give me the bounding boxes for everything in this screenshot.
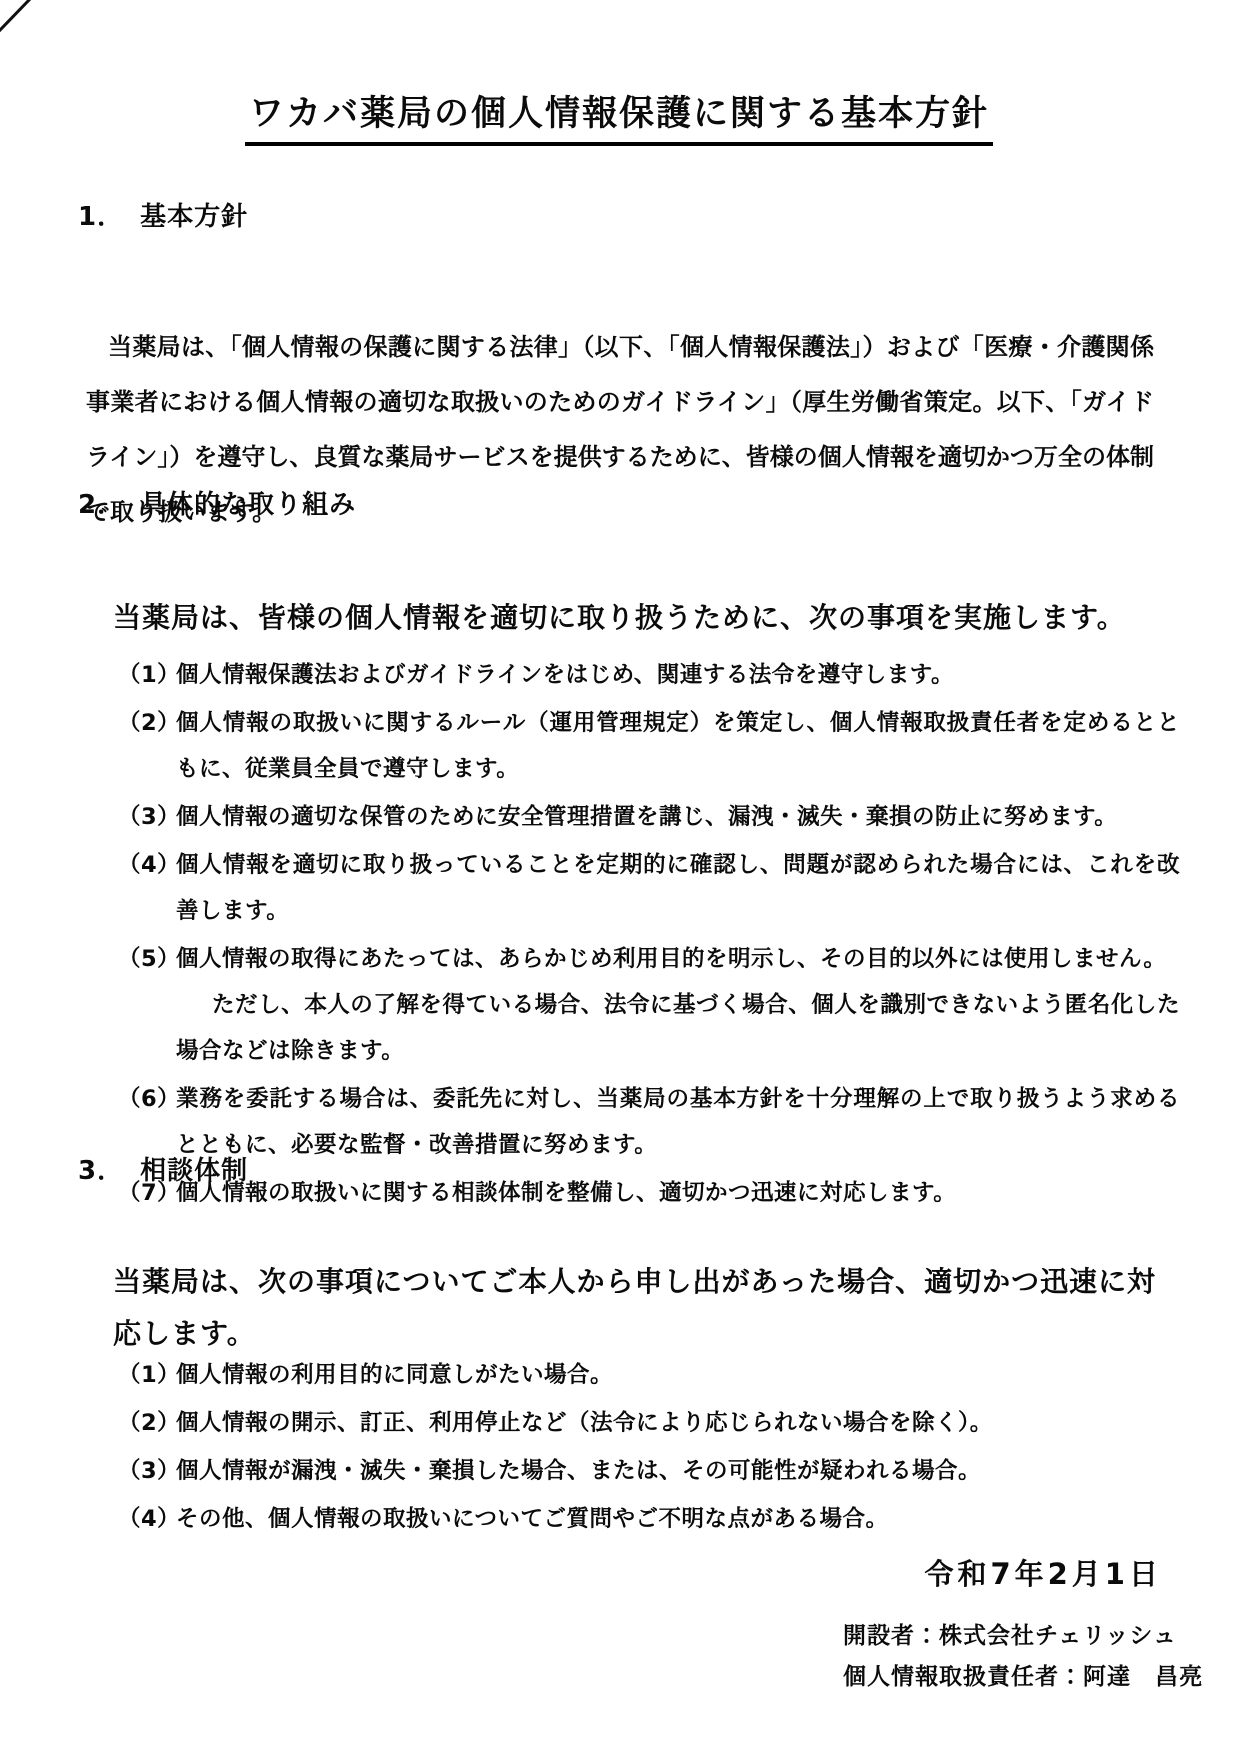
item-text: 個人情報の適切な保管のために安全管理措置を講じ、漏洩・滅失・棄損の防止に努めます… <box>176 804 1117 830</box>
item-text: 個人情報の取扱いに関する相談体制を整備し、適切かつ迅速に対応します。 <box>176 1180 956 1206</box>
list-item: （1） 個人情報の利用目的に同意しがたい場合。 <box>118 1352 1180 1398</box>
item-number: （4） <box>118 842 180 888</box>
item-number: （6） <box>118 1076 180 1122</box>
item-text: 個人情報が漏洩・滅失・棄損した場合、または、その可能性が疑われる場合。 <box>176 1458 981 1484</box>
list-item: （5） 個人情報の取得にあたっては、あらかじめ利用目的を明示し、その目的以外には… <box>118 936 1180 1074</box>
section-2-heading: 2．具体的な取り組み <box>78 484 356 521</box>
scan-artifact <box>0 0 35 33</box>
page-title: ワカバ薬局の個人情報保護に関する基本方針 <box>0 86 1238 146</box>
measures-list: （1） 個人情報保護法およびガイドラインをはじめ、関連する法令を遵守します。 （… <box>118 652 1180 1218</box>
document-signoff: 開設者：株式会社チェリッシュ 個人情報取扱責任者：阿達 昌亮 <box>843 1616 1203 1698</box>
section-2-number: 2． <box>78 490 124 520</box>
section-3-lead: 当薬局は、次の事項についてご本人から申し出があった場合、適切かつ迅速に対応します… <box>113 1256 1158 1360</box>
item-text: 個人情報の取得にあたっては、あらかじめ利用目的を明示し、その目的以外には使用しま… <box>176 946 1166 972</box>
item-number: （3） <box>118 794 180 840</box>
document-date: 令和7年2月1日 <box>924 1552 1162 1593</box>
item-number: （2） <box>118 700 180 746</box>
list-item: （6） 業務を委託する場合は、委託先に対し、当薬局の基本方針を十分理解の上で取り… <box>118 1076 1180 1168</box>
privacy-officer-line: 個人情報取扱責任者：阿達 昌亮 <box>843 1657 1203 1698</box>
item-number: （1） <box>118 1352 180 1398</box>
item-text: その他、個人情報の取扱いについてご質問やご不明な点がある場合。 <box>176 1506 889 1532</box>
item-text: 個人情報保護法およびガイドラインをはじめ、関連する法令を遵守します。 <box>176 662 954 688</box>
section-3-number: 3． <box>78 1156 124 1186</box>
list-item: （1） 個人情報保護法およびガイドラインをはじめ、関連する法令を遵守します。 <box>118 652 1180 698</box>
item-number: （2） <box>118 1400 180 1446</box>
item-text: 個人情報の利用目的に同意しがたい場合。 <box>176 1362 613 1388</box>
item-number: （4） <box>118 1496 180 1542</box>
consultation-list: （1） 個人情報の利用目的に同意しがたい場合。 （2） 個人情報の開示、訂正、利… <box>118 1352 1180 1544</box>
item-number: （1） <box>118 652 180 698</box>
section-1-heading: 1．基本方針 <box>78 196 248 233</box>
section-2-label: 具体的な取り組み <box>140 490 356 520</box>
document-page: ワカバ薬局の個人情報保護に関する基本方針 1．基本方針 当薬局は、「個人情報の保… <box>0 0 1238 1748</box>
item-text: 業務を委託する場合は、委託先に対し、当薬局の基本方針を十分理解の上で取り扱うよう… <box>176 1086 1180 1158</box>
item-number: （5） <box>118 936 180 982</box>
item-text: 個人情報の開示、訂正、利用停止など（法令により応じられない場合を除く）。 <box>176 1410 993 1436</box>
founder-line: 開設者：株式会社チェリッシュ <box>843 1616 1203 1657</box>
section-1-number: 1． <box>78 202 124 232</box>
list-item: （3） 個人情報の適切な保管のために安全管理措置を講じ、漏洩・滅失・棄損の防止に… <box>118 794 1180 840</box>
item-number: （3） <box>118 1448 180 1494</box>
item-text: 個人情報を適切に取り扱っていることを定期的に確認し、問題が認められた場合には、こ… <box>176 852 1180 924</box>
list-item: （2） 個人情報の開示、訂正、利用停止など（法令により応じられない場合を除く）。 <box>118 1400 1180 1446</box>
list-item: （4） その他、個人情報の取扱いについてご質問やご不明な点がある場合。 <box>118 1496 1180 1542</box>
item-note: ただし、本人の了解を得ている場合、法令に基づく場合、個人を識別できないよう匿名化… <box>176 982 1180 1074</box>
list-item: （2） 個人情報の取扱いに関するルール（運用管理規定）を策定し、個人情報取扱責任… <box>118 700 1180 792</box>
list-item: （4） 個人情報を適切に取り扱っていることを定期的に確認し、問題が認められた場合… <box>118 842 1180 934</box>
section-3-label: 相談体制 <box>140 1156 248 1186</box>
list-item: （7） 個人情報の取扱いに関する相談体制を整備し、適切かつ迅速に対応します。 <box>118 1170 1180 1216</box>
section-3-heading: 3．相談体制 <box>78 1150 248 1187</box>
section-2-lead: 当薬局は、皆様の個人情報を適切に取り扱うために、次の事項を実施します。 <box>113 592 1173 644</box>
section-1-label: 基本方針 <box>140 202 248 232</box>
item-text: 個人情報の取扱いに関するルール（運用管理規定）を策定し、個人情報取扱責任者を定め… <box>176 710 1180 782</box>
list-item: （3） 個人情報が漏洩・滅失・棄損した場合、または、その可能性が疑われる場合。 <box>118 1448 1180 1494</box>
